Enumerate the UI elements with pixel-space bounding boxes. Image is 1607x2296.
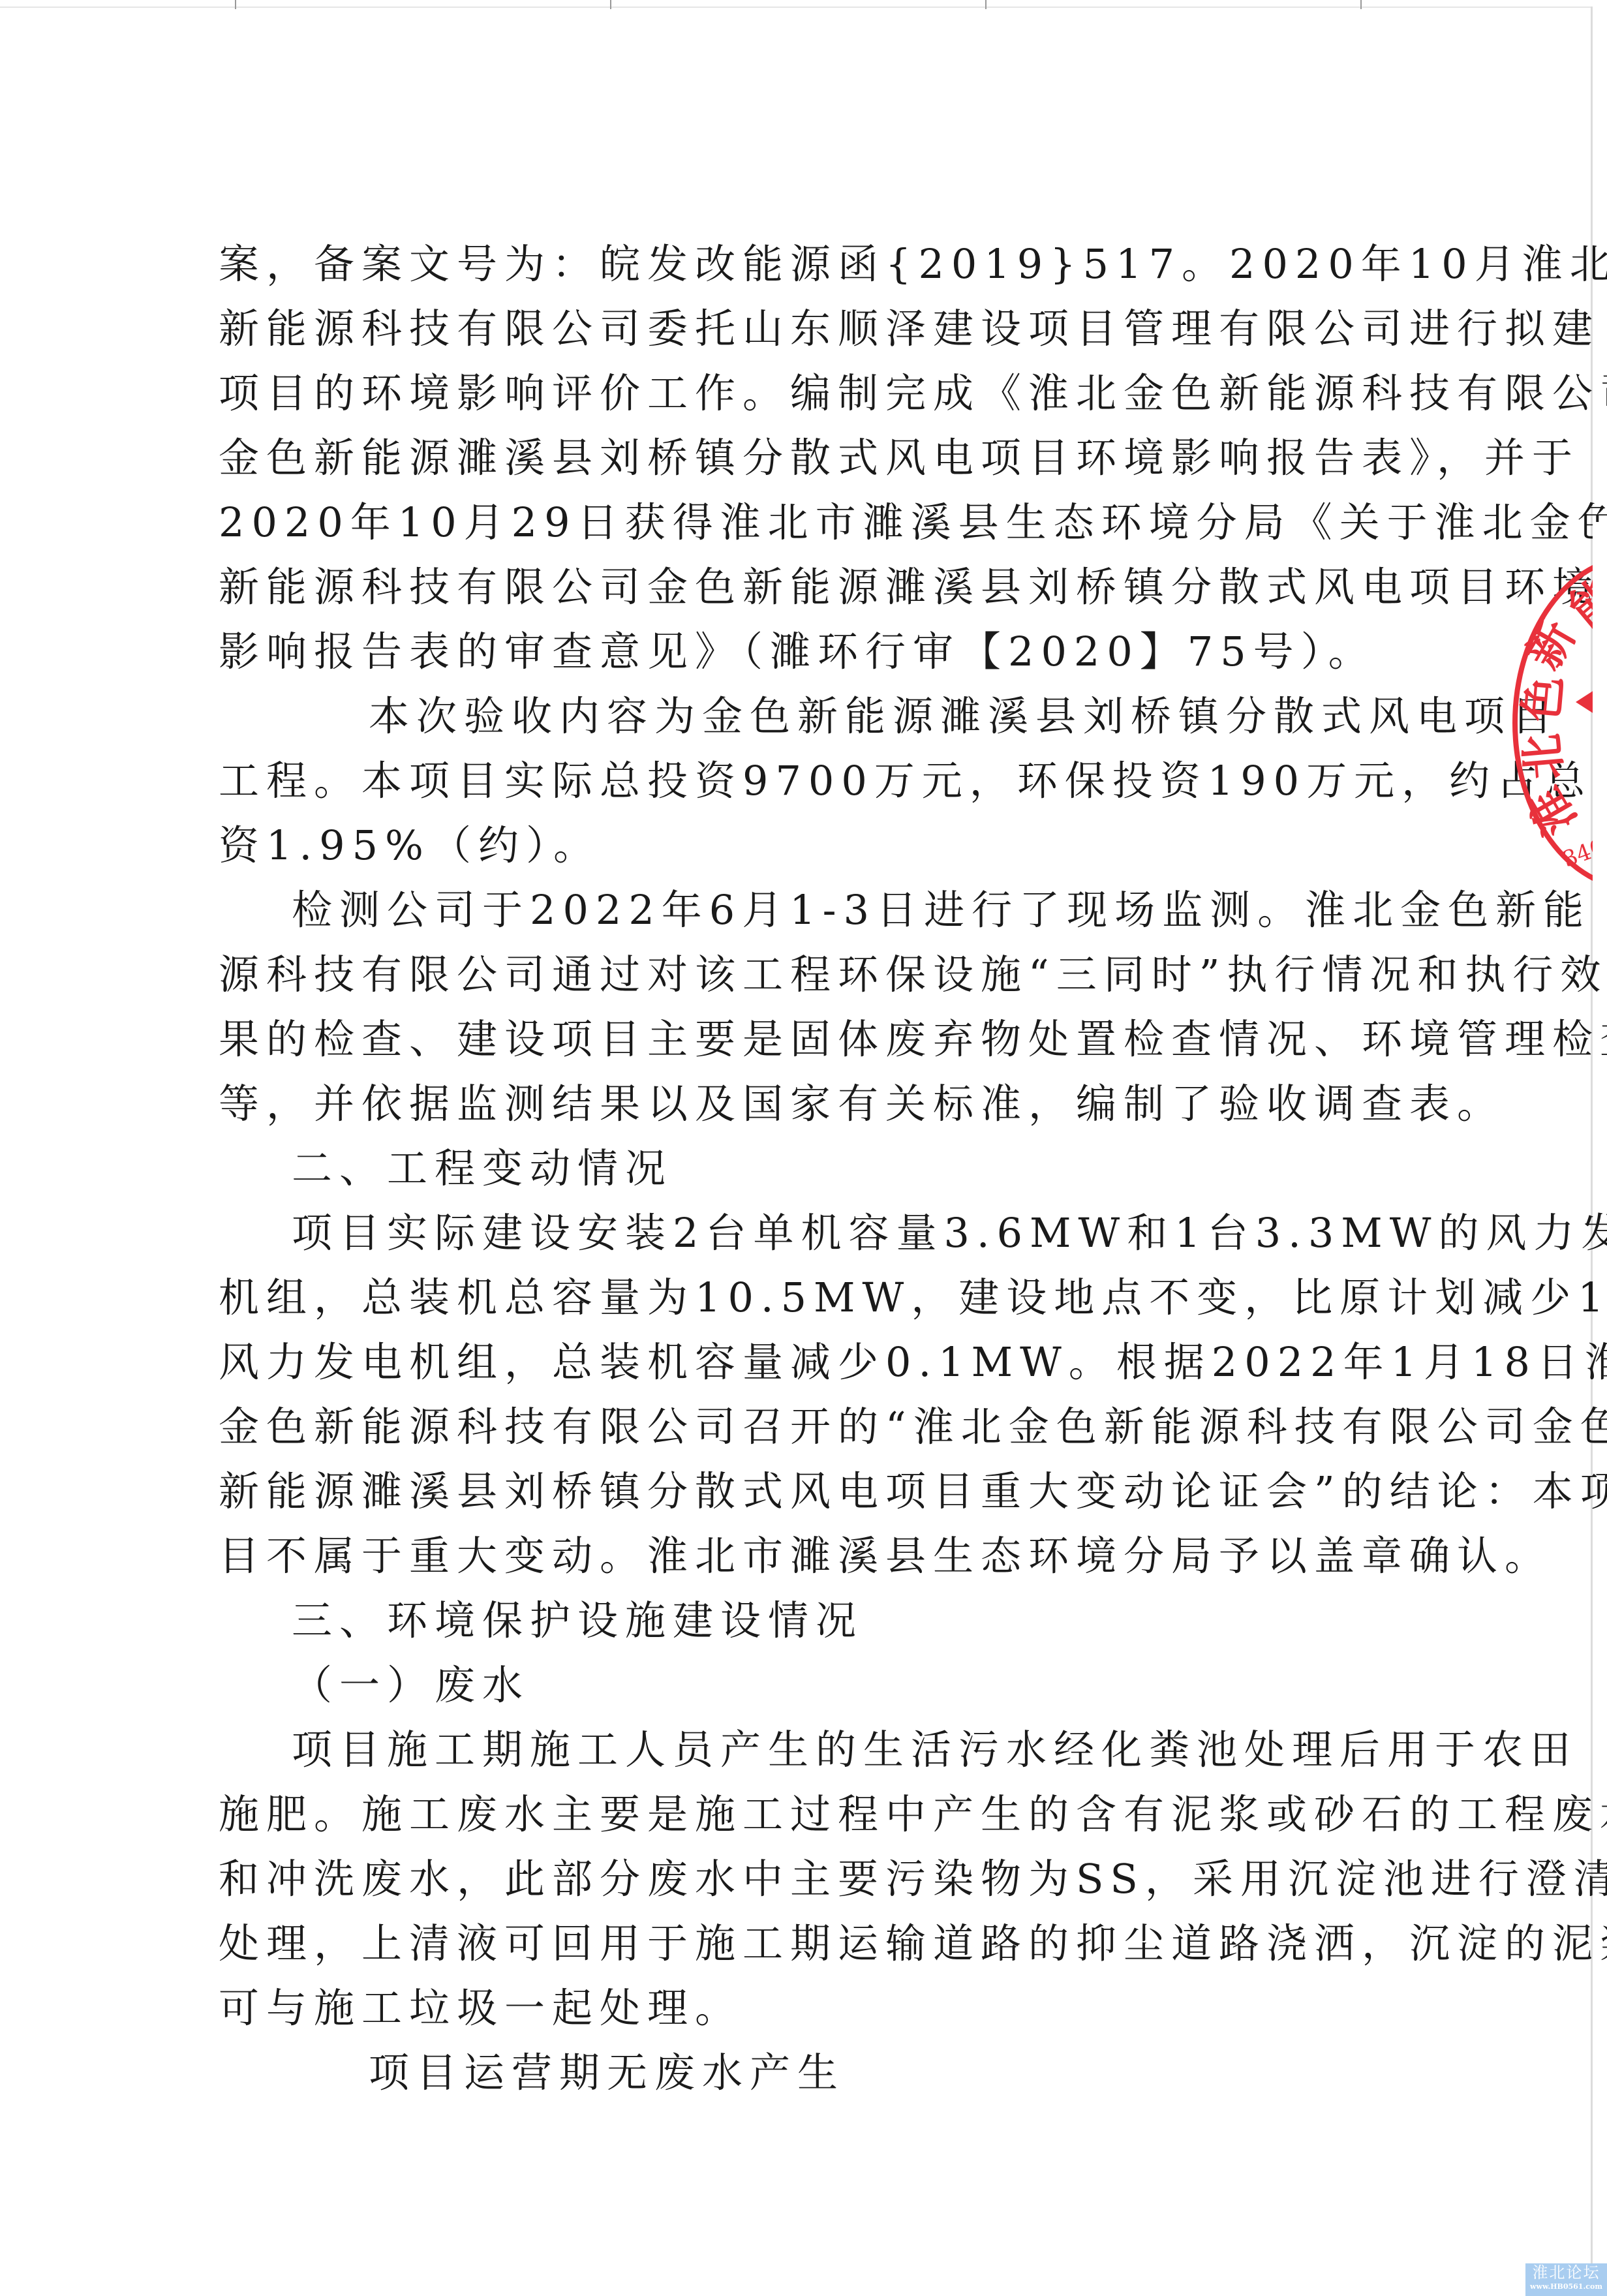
watermark-logo[interactable]: 淮北论坛 www.HB0561.com: [1525, 2263, 1607, 2296]
scan-tick-mark: [1360, 0, 1362, 9]
scan-tick-mark: [610, 0, 611, 9]
text-line: 风力发电机组，总装机容量减少0.1MW。根据2022年1月18日淮北: [219, 1330, 1347, 1394]
text-line: 果的检查、建设项目主要是固体废弃物处置检查情况、环境管理检查: [219, 1007, 1347, 1071]
stamp-char: 色: [1505, 673, 1575, 724]
watermark-title: 淮北论坛: [1525, 2263, 1607, 2282]
watermark-url: www.HB0561.com: [1525, 2282, 1607, 2292]
text-line: 项目的环境影响评价工作。编制完成《淮北金色新能源科技有限公司: [219, 361, 1347, 425]
text-line: 案，备案文号为：皖发改能源函{2019}517。2020年10月淮北金色: [219, 232, 1347, 296]
scan-top-border: [0, 7, 1592, 8]
text-line: 二、工程变动情况: [219, 1136, 1347, 1201]
text-line: 新能源科技有限公司金色新能源濉溪县刘桥镇分散式风电项目环境: [219, 555, 1347, 619]
text-line: 工程。本项目实际总投资9700万元，环保投资190万元，约占总投: [219, 748, 1347, 813]
text-line: 机组，总装机总容量为10.5MW，建设地点不变，比原计划减少1台: [219, 1265, 1347, 1330]
text-line: 新能源濉溪县刘桥镇分散式风电项目重大变动论证会”的结论：本项: [219, 1459, 1347, 1523]
text-line: 可与施工垃圾一起处理。: [219, 1976, 1347, 2040]
text-line: 施肥。施工废水主要是施工过程中产生的含有泥浆或砂石的工程废水: [219, 1782, 1347, 1846]
text-line: 等，并依据监测结果以及国家有关标准，编制了验收调查表。: [219, 1071, 1347, 1136]
text-line: 资1.95%（约）。: [219, 813, 1347, 878]
scan-tick-mark: [235, 0, 236, 9]
text-line: 项目施工期施工人员产生的生活污水经化粪池处理后用于农田: [219, 1717, 1347, 1782]
text-line: 项目运营期无废水产生: [219, 2040, 1347, 2105]
stamp-char: 北: [1505, 731, 1575, 783]
text-line: 本次验收内容为金色新能源濉溪县刘桥镇分散式风电项目: [219, 684, 1347, 748]
text-line: 和冲洗废水，此部分废水中主要污染物为SS，采用沉淀池进行澄清: [219, 1846, 1347, 1911]
text-line: 2020年10月29日获得淮北市濉溪县生态环境分局《关于淮北金色: [219, 490, 1347, 555]
document-body: 案，备案文号为：皖发改能源函{2019}517。2020年10月淮北金色新能源科…: [219, 232, 1347, 2105]
stamp-star-icon: [1576, 690, 1594, 714]
text-line: 三、环境保护设施建设情况: [219, 1588, 1347, 1653]
text-line: 新能源科技有限公司委托山东顺泽建设项目管理有限公司进行拟建: [219, 296, 1347, 361]
text-line: 项目实际建设安装2台单机容量3.6MW和1台3.3MW的风力发电: [219, 1201, 1347, 1265]
text-line: （一）废水: [219, 1653, 1347, 1717]
page-margin: [1593, 522, 1607, 913]
text-line: 金色新能源濉溪县刘桥镇分散式风电项目环境影响报告表》，并于: [219, 425, 1347, 490]
text-line: 金色新能源科技有限公司召开的“淮北金色新能源科技有限公司金色: [219, 1394, 1347, 1459]
scan-tick-mark: [985, 0, 987, 9]
text-line: 目不属于重大变动。淮北市濉溪县生态环境分局予以盖章确认。: [219, 1523, 1347, 1588]
text-line: 处理，上清液可回用于施工期运输道路的抑尘道路浇洒，沉淀的泥浆: [219, 1911, 1347, 1976]
text-line: 源科技有限公司通过对该工程环保设施“三同时”执行情况和执行效: [219, 942, 1347, 1007]
text-line: 影响报告表的审查意见》（濉环行审【2020】75号）。: [219, 619, 1347, 684]
text-line: 检测公司于2022年6月1-3日进行了现场监测。淮北金色新能: [219, 878, 1347, 942]
